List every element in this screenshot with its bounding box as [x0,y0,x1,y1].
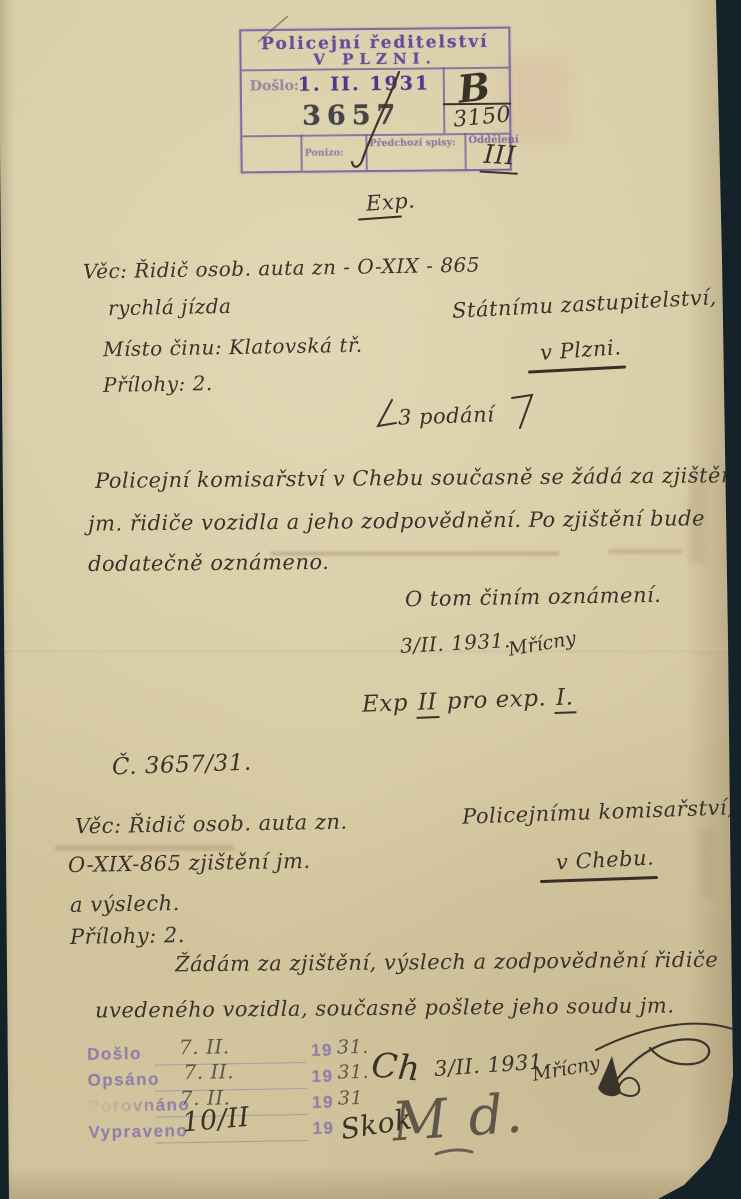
stamp-rule [365,134,367,170]
stamp-rule [443,67,445,133]
offset-ink-smear [608,549,683,554]
left-edge-shadow [0,0,14,1199]
exp2-heading: Exp II pro exp. I. [362,684,576,717]
fold-crease [0,648,741,652]
signature-flourish [618,1078,639,1096]
addressee-line: Státnímu zastupitelství, [452,285,718,323]
process-date-stamp: Došlo 7. II. 19 31. Opsáno 7. II. 19 31.… [79,1039,421,1165]
exp2-heading-num: I. [554,684,576,714]
stamp-previous-files-label: Předchozí spisy: [369,138,455,148]
signature-ink-blob [598,1056,621,1096]
stamp-received-label: Došlo: [250,79,299,94]
exp2-heading-word: Exp [362,690,409,718]
process-row-rule [155,1088,307,1092]
process-row-century: 19 [311,1041,333,1061]
date-handwritten: 3/II. 1931. [399,628,511,658]
process-row-date: 7. II. [183,1059,234,1084]
insertion-mark-left [378,400,396,426]
body-line: uvedeného vozidla, současně pošlete jeho… [95,993,675,1022]
addressee-underline [540,876,658,883]
insertion-mark-right [512,395,532,428]
bleedthrough-smudge [700,828,714,898]
process-row-year: 31. [337,1061,369,1084]
exp-heading: Exp. [365,188,416,215]
exp2-heading-word: pro exp. [446,685,546,714]
body-line: jm. řidiče vozidla a jeho zodpovědnění. … [88,506,705,535]
subject-line: Místo činu: Klatovská tř. [103,333,363,362]
process-row-century: 19 [311,1067,333,1087]
body-line: Žádám za zjištění, výslech a zodpovědněn… [175,948,718,977]
process-row-label: Porovnáno [88,1095,191,1117]
process-row-year: 31 [338,1087,364,1109]
body-line: dodatečně oznámeno. [88,550,330,576]
paper-sheet: Policejní ředitelství V PLZNI. Došlo: 1.… [0,0,741,1199]
process-row-label: Vypraveno [88,1121,188,1143]
clerk-monogram: Ch [370,1045,422,1089]
subject-line: Přílohy: 2. [70,923,185,949]
process-row-date: 7. II. [179,1034,230,1059]
process-row-year: 31. [337,1036,369,1059]
body-line: Policejní komisařství v Chebu současně s… [95,463,741,493]
subject-line: Věc: Řidič osob. auta zn. [75,810,348,839]
scanned-document-canvas: Policejní ředitelství V PLZNI. Došlo: 1.… [0,0,741,1199]
stamp-department-value-handwritten: III [480,140,520,175]
subject-line: O-XIX-865 zjištění jm. [68,849,311,877]
file-reference: Č. 3657/31. [112,750,253,781]
subject-line: Věc: Řidič osob. auta zn - O-XIX - 865 [83,253,480,284]
signature-flourish [612,1039,709,1086]
stamp-ref-number-handwritten: 3150 [452,102,512,133]
subject-line: a výslech. [70,891,180,917]
exp-heading-underline [358,215,402,220]
process-row-century: 19 [312,1093,334,1113]
subject-line: rychlá jízda [108,294,232,320]
stamp-rule [464,133,466,169]
process-row-date: 10/II [181,1102,251,1139]
addressee-underline [528,365,626,373]
right-edge-shadow [686,0,741,1199]
stamp-rule [300,135,302,171]
addressee-line: Policejnímu komisařství, [462,795,735,828]
addressee-line: v Chebu. [555,845,654,874]
process-row-label: Opsáno [87,1070,160,1091]
pink-stain [505,58,569,142]
insertion-note: 3 podání [398,402,495,429]
registry-stamp-box: Policejní ředitelství V PLZNI. Došlo: 1.… [239,27,511,174]
exp2-heading-num: II [415,689,439,719]
subject-line: Přílohy: 2. [103,371,213,397]
process-row-label: Došlo [87,1044,142,1065]
pencil-underline [436,1150,472,1154]
stamp-note-field-label: Ponizo: [305,148,344,158]
addressee-line: v Plzni. [539,335,622,365]
bottom-edge-shadow [0,1165,741,1199]
stamp-file-number: 3657 [302,102,401,130]
closing-line: O tom činím oznámení. [405,583,662,611]
signature-flourish [596,1024,736,1050]
stamp-received-date: 1. II. 1931 [298,74,431,94]
process-row-century: 19 [312,1119,334,1139]
signature-handwritten: Mřícny [507,627,578,661]
